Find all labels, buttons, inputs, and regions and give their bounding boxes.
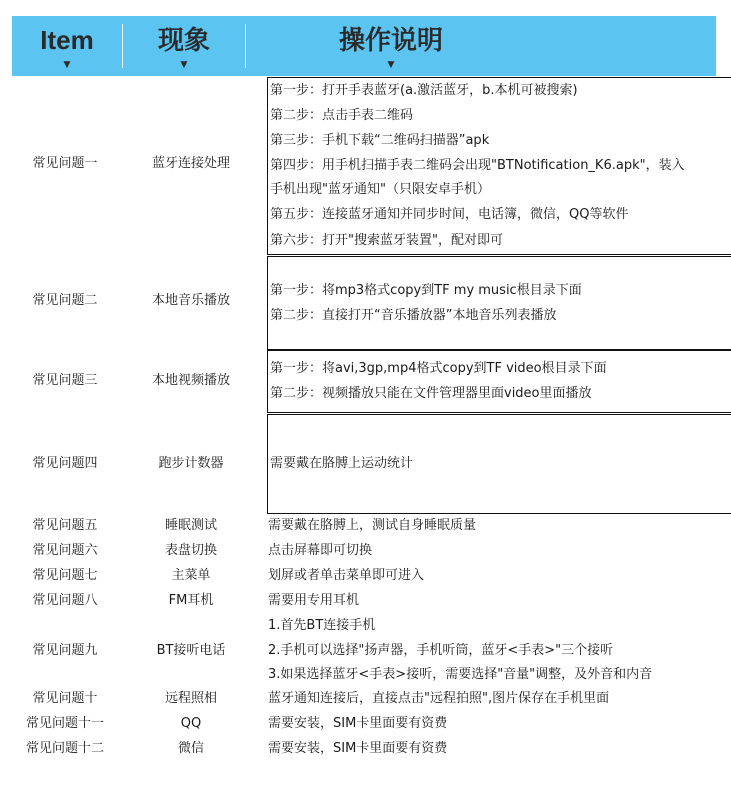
instructions-cell: 第一步：打开手表蓝牙(a.激活蓝牙，b.本机可被搜索) 第二步：点击手表二维码 … <box>267 77 731 255</box>
phenomenon-cell: 蓝牙连接处理 <box>135 156 247 172</box>
dropdown-arrow-icon[interactable]: ▼ <box>12 60 122 70</box>
step-line: 第一步：将avi,3gp,mp4格式copy到TF video根目录下面 <box>270 361 607 377</box>
instructions-line: 2.手机可以选择"扬声器，手机听筒，蓝牙<手表>"三个接听 <box>268 643 613 659</box>
phenomenon-cell: 表盘切换 <box>135 543 247 559</box>
phenomenon-cell: 睡眠测试 <box>135 518 247 534</box>
instructions-cell: 需要用专用耳机 <box>268 593 359 609</box>
item-cell: 常见问题十 <box>15 691 115 707</box>
instructions-cell: 第一步：将avi,3gp,mp4格式copy到TF video根目录下面 第二步… <box>267 350 731 413</box>
step-line: 第二步：直接打开“音乐播放器”本地音乐列表播放 <box>270 308 556 324</box>
item-cell: 常见问题十一 <box>15 716 115 732</box>
item-cell: 常见问题四 <box>15 456 115 472</box>
phenomenon-cell: QQ <box>135 716 247 732</box>
header-item-label: Item <box>12 24 122 56</box>
header-phenomenon-label: 现象 <box>123 24 245 56</box>
instructions-line: 1.首先BT连接手机 <box>268 618 375 634</box>
phenomenon-cell: 跑步计数器 <box>135 456 247 472</box>
step-line: 手机出现"蓝牙通知"（只限安卓手机） <box>270 182 490 198</box>
item-cell: 常见问题七 <box>15 568 115 584</box>
instructions-cell: 划屏或者单击菜单即可进入 <box>268 568 424 584</box>
item-cell: 常见问题五 <box>15 518 115 534</box>
instructions-line: 3.如果选择蓝牙<手表>接听，需要选择"音量"调整，及外音和内音 <box>268 667 652 683</box>
phenomenon-cell: 远程照相 <box>135 691 247 707</box>
phenomenon-cell: 本地视频播放 <box>135 373 247 389</box>
item-cell: 常见问题八 <box>15 593 115 609</box>
header-instructions-label: 操作说明 <box>246 24 536 56</box>
item-cell: 常见问题三 <box>15 373 115 389</box>
item-cell: 常见问题九 <box>15 643 115 659</box>
step-line: 第四步：用手机扫描手表二维码会出现"BTNotification_K6.apk"… <box>270 158 685 174</box>
item-cell: 常见问题一 <box>15 156 115 172</box>
header-phenomenon-column[interactable]: 现象 ▼ <box>123 16 245 76</box>
item-cell: 常见问题十二 <box>15 741 115 757</box>
dropdown-arrow-icon[interactable]: ▼ <box>246 60 536 70</box>
instructions-cell: 需要戴在胳膊上，测试自身睡眠质量 <box>268 518 476 534</box>
header-instructions-column[interactable]: 操作说明 ▼ <box>246 16 536 76</box>
table-header: Item ▼ 现象 ▼ 操作说明 ▼ <box>12 16 716 76</box>
phenomenon-cell: FM耳机 <box>135 593 247 609</box>
instructions-cell: 蓝牙通知连接后，直接点击"远程拍照",图片保存在手机里面 <box>268 691 609 707</box>
item-cell: 常见问题六 <box>15 543 115 559</box>
phenomenon-cell: 本地音乐播放 <box>135 293 247 309</box>
step-line: 需要戴在胳膊上运动统计 <box>270 456 413 472</box>
step-line: 第一步：打开手表蓝牙(a.激活蓝牙，b.本机可被搜索) <box>270 83 578 99</box>
phenomenon-cell: BT接听电话 <box>135 643 247 659</box>
instructions-cell: 需要安装，SIM卡里面要有资费 <box>268 741 447 757</box>
phenomenon-cell: 微信 <box>135 741 247 757</box>
item-cell: 常见问题二 <box>15 293 115 309</box>
instructions-cell: 第一步：将mp3格式copy到TF my music根目录下面 第二步：直接打开… <box>267 256 731 350</box>
instructions-cell: 点击屏幕即可切换 <box>268 543 372 559</box>
step-line: 第一步：将mp3格式copy到TF my music根目录下面 <box>270 283 582 299</box>
instructions-cell: 需要戴在胳膊上运动统计 <box>267 414 731 514</box>
phenomenon-cell: 主菜单 <box>135 568 247 584</box>
dropdown-arrow-icon[interactable]: ▼ <box>123 60 245 70</box>
step-line: 第二步：点击手表二维码 <box>270 108 413 124</box>
header-item-column[interactable]: Item ▼ <box>12 16 122 76</box>
step-line: 第二步：视频播放只能在文件管理器里面video里面播放 <box>270 386 592 402</box>
step-line: 第六步：打开"搜索蓝牙装置"，配对即可 <box>270 233 503 249</box>
step-line: 第五步：连接蓝牙通知并同步时间，电话簿，微信，QQ等软件 <box>270 207 628 223</box>
step-line: 第三步：手机下载“二维码扫描器”apk <box>270 133 489 149</box>
instructions-cell: 需要安装，SIM卡里面要有资费 <box>268 716 447 732</box>
